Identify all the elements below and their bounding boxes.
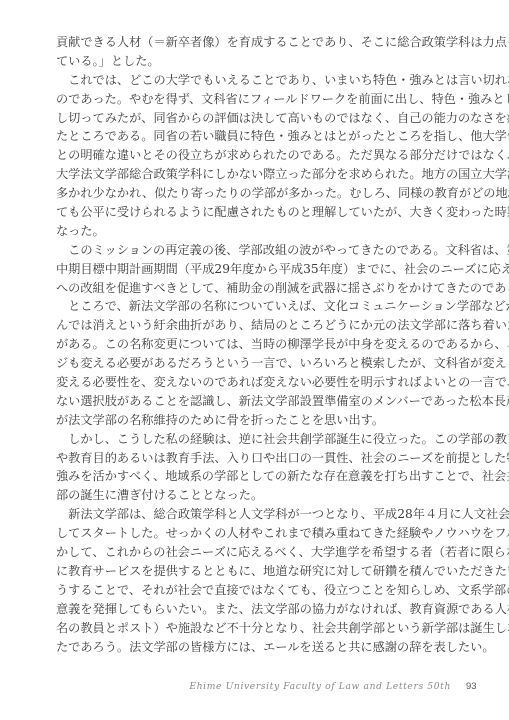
- text-line: たところである。同省の若い職員に特色・強みとはとがったところを指し、他大学他学部: [56, 127, 454, 146]
- text-line: 名の教員とポスト）や施設など不十分となり、社会共創学部という新学部は誕生しなかっ: [56, 619, 454, 638]
- text-line: や教育目的あるいは教育手法、入り口や出口の一貫性、社会のニーズを前提とした特色・: [56, 449, 454, 468]
- text-line: ても公平に受けられるように配慮されたものと理解していたが、大きく変わった時期と: [56, 203, 454, 222]
- text-line: が法文学部の名称維持のために骨を折ったことを思い出す。: [56, 411, 454, 430]
- text-line: ている。」とした。: [56, 52, 454, 71]
- text-line: 意義を発揮してもらいたい。また、法文学部の協力がなければ、教育資源である人材（1…: [56, 600, 454, 619]
- footer-title: Ehime University Faculty of Law and Lett…: [189, 679, 451, 695]
- text-line: がある。この名称変更については、当時の柳澤学長が中身を変えるのであるから、パッケ…: [56, 335, 454, 354]
- body-text: 貢献できる人材（＝新卒者像）を育成することであり、そこに総合政策学科は力点を置い…: [56, 33, 454, 656]
- text-line: しかし、こうした私の経験は、逆に社会共創学部誕生に役立った。この学部の教育理念: [56, 430, 454, 449]
- text-line: 中期目標中期計画期間（平成29年度から平成35年度）までに、社会のニーズに応える…: [56, 260, 454, 279]
- text-line: このミッションの再定義の後、学部改組の波がやってきたのである。文科省は、第３期: [56, 241, 454, 260]
- text-line: ジも変える必要があるだろうという一言で、いろいろと模索したが、文科省が変えるなら: [56, 354, 454, 373]
- text-line: これでは、どこの大学でもいえることであり、いまいち特色・強みとは言い切れないも: [56, 71, 454, 90]
- document-page: 貢献できる人材（＝新卒者像）を育成することであり、そこに総合政策学科は力点を置い…: [0, 0, 509, 720]
- page-number: 93: [466, 679, 477, 695]
- text-line: 新法文学部は、総合政策学科と人文学科が一つとなり、平成28年４月に人文社会学科と: [56, 505, 454, 524]
- text-line: 大学法文学部総合政策学科にしかない際立った部分を求められた。地方の国立大学法人は…: [56, 165, 454, 184]
- text-line: 変える必要性を、変えないのであれば変えない必要性を明示すればよいとの一言で、変え: [56, 373, 454, 392]
- text-line: してスタートした。せっかくの人材やこれまで積み重ねてきた経験やノウハウをフルに活: [56, 524, 454, 543]
- text-line: 部の誕生に漕ぎ付けることとなった。: [56, 486, 454, 505]
- text-line: し切ってみたが、同省からの評価は決して高いものではなく、自己の能力のなさを痛感し: [56, 109, 454, 128]
- text-line: 多かれ少なかれ、似たり寄ったりの学部が多かった。むしろ、同様の教育がどの地域であ…: [56, 184, 454, 203]
- text-line: なった。: [56, 222, 454, 241]
- page-footer: Ehime University Faculty of Law and Lett…: [0, 679, 509, 695]
- text-line: ところで、新法文学部の名称についていえば、文化コミュニケーション学部などが浮か: [56, 297, 454, 316]
- text-line: たであろう。法文学部の皆様方には、エールを送ると共に感謝の辞を表したい。: [56, 638, 454, 657]
- text-line: かして、これからの社会ニーズに応えるべく、大学進学を希望する者（若者に限らない）: [56, 543, 454, 562]
- text-line: のであった。やむを得ず、文科省にフィールドワークを前面に出し、特色・強みとして押: [56, 90, 454, 109]
- text-line: に教育サービスを提供するとともに、地道な研究に対して研鑽を積んでいただきたい。そ: [56, 562, 454, 581]
- text-line: んでは消えという紆余曲折があり、結局のところどうにか元の法文学部に落ち着いた経緯: [56, 316, 454, 335]
- text-line: 貢献できる人材（＝新卒者像）を育成することであり、そこに総合政策学科は力点を置い: [56, 33, 454, 52]
- text-line: との明確な違いとその役立ちが求められたのである。ただ異なる部分だけではなく、愛媛: [56, 146, 454, 165]
- text-line: うすることで、それが社会で直接ではなくても、役立つことを知らしめ、文系学部の存在: [56, 581, 454, 600]
- text-line: ない選択肢があることを認識し、新法文学部設置準備室のメンバーであった松本長彦先生: [56, 392, 454, 411]
- text-line: への改組を促進すべきとして、補助金の削減を武器に揺さぶりをかけてきたのである。: [56, 279, 454, 298]
- text-line: 強みを活かすべく、地域系の学部としての新たな存在意義を打ち出すことで、社会共創学: [56, 467, 454, 486]
